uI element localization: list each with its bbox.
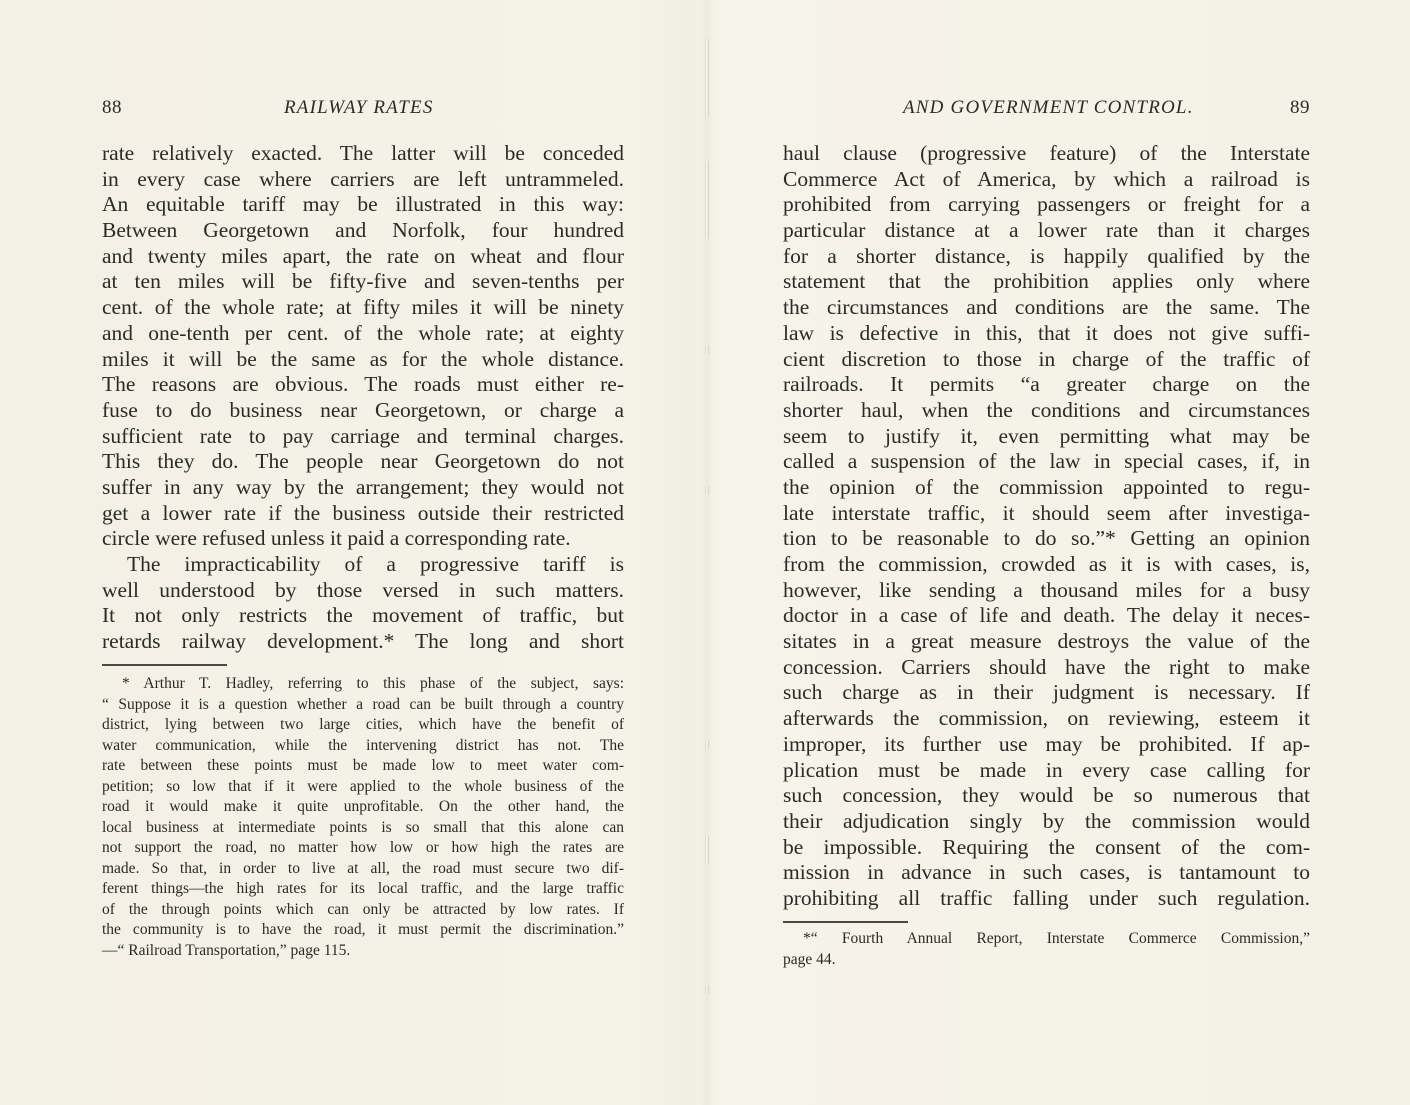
footnote-line: * Arthur T. Hadley, referring to this ph…	[102, 674, 624, 695]
footnote-line: page 44.	[783, 950, 1310, 971]
text-line: railroads. It permits “a greater charge …	[783, 372, 1310, 398]
body-text: haul clause (progressive feature) of the…	[783, 141, 1310, 912]
text-line: retards railway development.* The long a…	[102, 629, 624, 655]
binding-stitch	[705, 985, 709, 995]
footnote-rule	[783, 921, 908, 923]
binding-stitch	[705, 485, 709, 495]
text-line: particular distance at a lower rate than…	[783, 218, 1310, 244]
running-title: AND GOVERNMENT CONTROL.	[903, 97, 1194, 119]
page-number: 89	[1290, 97, 1310, 119]
text-line: in every case where carriers are left un…	[102, 167, 624, 193]
text-line: cent. of the whole rate; at fifty miles …	[102, 295, 624, 321]
text-line: Commerce Act of America, by which a rail…	[783, 167, 1310, 193]
text-line: statement that the prohibition applies o…	[783, 269, 1310, 295]
text-line: the opinion of the commission appointed …	[783, 475, 1310, 501]
right-page: AND GOVERNMENT CONTROL. 89 haul clause (…	[783, 0, 1310, 1105]
footnote-line: district, lying between two large cities…	[102, 715, 624, 736]
running-head: 88 RAILWAY RATES	[102, 97, 624, 121]
text-line: circle were refused unless it paid a cor…	[102, 526, 624, 552]
footnote-line: of the through points which can only be …	[102, 900, 624, 921]
footnote-line: the community is to have the road, it mu…	[102, 920, 624, 941]
text-line: afterwards the commission, on reviewing,…	[783, 706, 1310, 732]
binding-stitch	[705, 38, 709, 118]
text-line: be impossible. Requiring the consent of …	[783, 835, 1310, 861]
text-line: The reasons are obvious. The roads must …	[102, 372, 624, 398]
footnote-line: rate between these points must be made l…	[102, 756, 624, 777]
binding-stitch	[705, 345, 709, 355]
binding-stitch	[705, 835, 709, 865]
text-line: This they do. The people near Georgetown…	[102, 449, 624, 475]
footnote-line: *“ Fourth Annual Report, Interstate Comm…	[783, 929, 1310, 950]
text-line: Between Georgetown and Norfolk, four hun…	[102, 218, 624, 244]
text-line: An equitable tariff may be illustrated i…	[102, 192, 624, 218]
text-line: rate relatively exacted. The latter will…	[102, 141, 624, 167]
text-line: the circumstances and conditions are the…	[783, 295, 1310, 321]
text-line: doctor in a case of life and death. The …	[783, 603, 1310, 629]
page-number: 88	[102, 97, 122, 119]
text-line: fuse to do business near Georgetown, or …	[102, 398, 624, 424]
binding-stitch	[705, 160, 709, 240]
text-line: It not only restricts the movement of tr…	[102, 603, 624, 629]
text-line: suffer in any way by the arrangement; th…	[102, 475, 624, 501]
text-line: and twenty miles apart, the rate on whea…	[102, 244, 624, 270]
text-line: however, like sending a thousand miles f…	[783, 578, 1310, 604]
text-line: get a lower rate if the business outside…	[102, 501, 624, 527]
footnote-line: “ Suppose it is a question whether a roa…	[102, 695, 624, 716]
text-line: called a suspension of the law in specia…	[783, 449, 1310, 475]
text-line: improper, its further use may be prohibi…	[783, 732, 1310, 758]
running-title: RAILWAY RATES	[284, 97, 434, 119]
text-line: sufficient rate to pay carriage and term…	[102, 424, 624, 450]
text-line: from the commission, crowded as it is wi…	[783, 552, 1310, 578]
footnote-line: made. So that, in order to live at all, …	[102, 859, 624, 880]
footnote-rule	[102, 664, 227, 666]
footnote-line: petition; so low that if it were applied…	[102, 777, 624, 798]
binding-stitch	[705, 740, 709, 750]
text-line: mission in advance in such cases, is tan…	[783, 860, 1310, 886]
text-line: at ten miles will be fifty-five and seve…	[102, 269, 624, 295]
footnote-line: —“ Railroad Transportation,” page 115.	[102, 941, 624, 962]
footnote-line: road it would make it quite unprofitable…	[102, 797, 624, 818]
body-text: rate relatively exacted. The latter will…	[102, 141, 624, 655]
text-line: seem to justify it, even permitting what…	[783, 424, 1310, 450]
text-line: tion to be reasonable to do so.”* Gettin…	[783, 526, 1310, 552]
footnote: * Arthur T. Hadley, referring to this ph…	[102, 674, 624, 961]
text-line: haul clause (progressive feature) of the…	[783, 141, 1310, 167]
footnote-line: local business at intermediate points is…	[102, 818, 624, 839]
footnote-line: ferent things—the high rates for its loc…	[102, 879, 624, 900]
book-spread: 88 RAILWAY RATES rate relatively exacted…	[0, 0, 1410, 1105]
text-line: concession. Carriers should have the rig…	[783, 655, 1310, 681]
text-line: prohibiting all traffic falling under su…	[783, 886, 1310, 912]
footnote-line: not support the road, no matter how low …	[102, 838, 624, 859]
footnote-line: water communication, while the interveni…	[102, 736, 624, 757]
text-line: plication must be made in every case cal…	[783, 758, 1310, 784]
left-page: 88 RAILWAY RATES rate relatively exacted…	[102, 0, 624, 1105]
text-line: and one-tenth per cent. of the whole rat…	[102, 321, 624, 347]
text-line: cient discretion to those in charge of t…	[783, 347, 1310, 373]
text-line: miles it will be the same as for the who…	[102, 347, 624, 373]
text-line: such charge as in their judgment is nece…	[783, 680, 1310, 706]
footnote: *“ Fourth Annual Report, Interstate Comm…	[783, 929, 1310, 970]
running-head: AND GOVERNMENT CONTROL. 89	[783, 97, 1310, 121]
text-line: their adjudication singly by the commiss…	[783, 809, 1310, 835]
text-line: The impracticability of a progressive ta…	[102, 552, 624, 578]
text-line: law is defective in this, that it does n…	[783, 321, 1310, 347]
text-line: well understood by those versed in such …	[102, 578, 624, 604]
text-line: for a shorter distance, is happily quali…	[783, 244, 1310, 270]
text-line: prohibited from carrying passengers or f…	[783, 192, 1310, 218]
text-line: late interstate traffic, it should seem …	[783, 501, 1310, 527]
text-line: sitates in a great measure destroys the …	[783, 629, 1310, 655]
text-line: shorter haul, when the conditions and ci…	[783, 398, 1310, 424]
text-line: such concession, they would be so numero…	[783, 783, 1310, 809]
